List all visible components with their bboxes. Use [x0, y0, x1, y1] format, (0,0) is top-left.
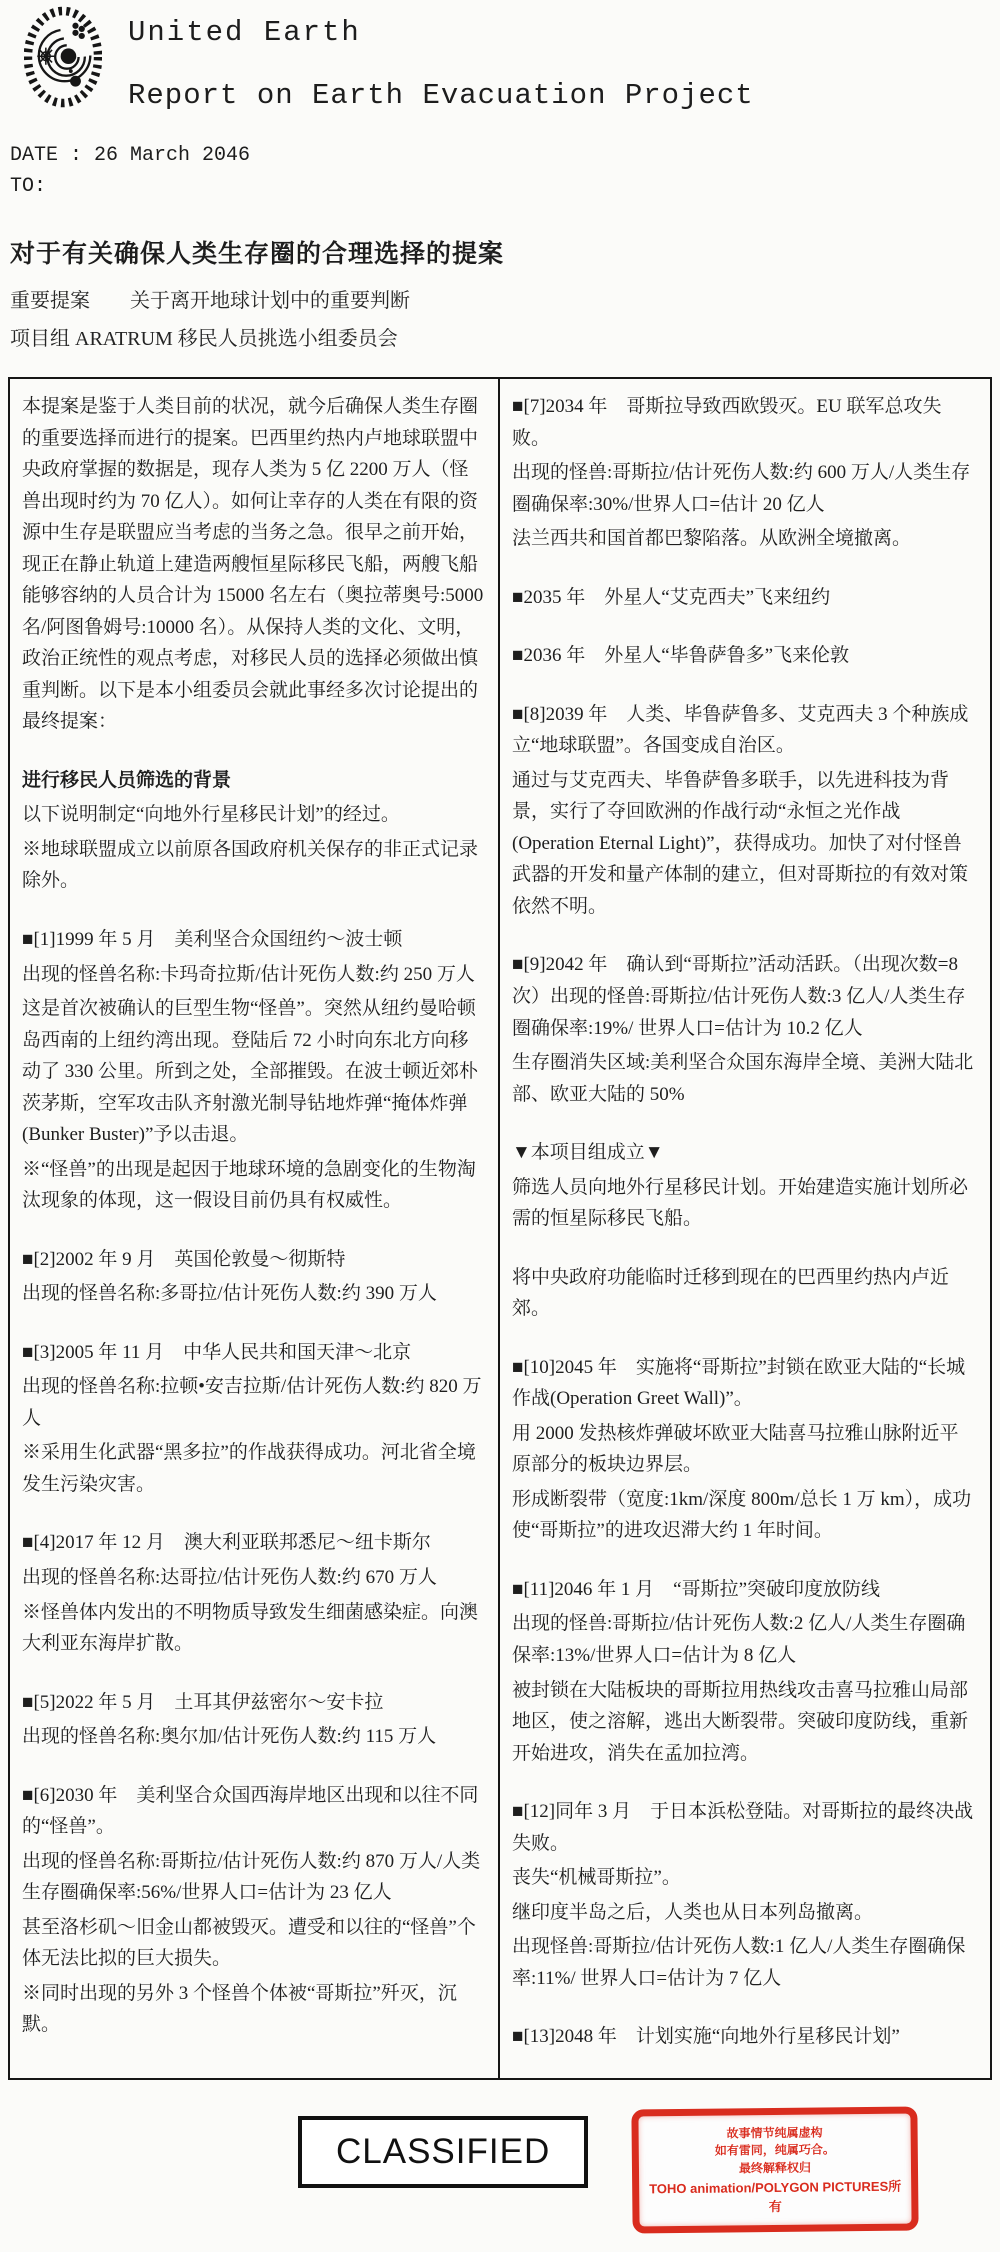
right-column-paragraph: ▼本项目组成立▼: [512, 1137, 977, 1169]
right-column-paragraph: 被封锁在大陆板块的哥斯拉用热线攻击喜马拉雅山局部地区，使之溶解，逃出大断裂带。突…: [512, 1675, 977, 1770]
left-column-paragraph: ※“怪兽”的出现是起因于地球环境的急剧变化的生物淘汰现象的体现，这一假设目前仍具…: [22, 1154, 485, 1217]
left-column-paragraph: ※怪兽体内发出的不明物质导致发生细菌感染症。向澳大利亚东海岸扩散。: [22, 1597, 485, 1660]
right-column-paragraph: ■[9]2042 年 确认到“哥斯拉”活动活跃。（出现次数=8 次）出现的怪兽:…: [512, 949, 977, 1044]
left-column-paragraph: ■[3]2005 年 11 月 中华人民共和国天津～北京: [22, 1337, 485, 1369]
left-column-paragraph: 出现的怪兽名称:拉顿•安吉拉斯/估计死伤人数:约 820 万人: [22, 1371, 485, 1434]
left-column-paragraph: 出现的怪兽名称:卡玛奇拉斯/估计死伤人数:约 250 万人: [22, 959, 485, 991]
right-column-paragraph: 出现的怪兽:哥斯拉/估计死伤人数:2 亿人/人类生存圈确保率:13%/世界人口=…: [512, 1608, 977, 1671]
meta-block: DATE : 26 March 2046 TO:: [0, 144, 1000, 198]
right-column-paragraph: 生存圈消失区域:美利坚合众国东海岸全境、美洲大陆北部、欧亚大陆的 50%: [512, 1047, 977, 1110]
header-text: United Earth Report on Earth Evacuation …: [128, 6, 754, 112]
proposal-subtitle: 重要提案 关于离开地球计划中的重要判断: [10, 284, 1000, 313]
to-line: TO:: [10, 175, 1000, 198]
right-column-paragraph: 出现怪兽:哥斯拉/估计死伤人数:1 亿人/人类生存圈确保率:11%/ 世界人口=…: [512, 1931, 977, 1994]
right-column-paragraph: ■2035 年 外星人“艾克西夫”飞来纽约: [512, 582, 977, 614]
left-column-paragraph: ※同时出现的另外 3 个怪兽个体被“哥斯拉”歼灭，沉默。: [22, 1978, 485, 2041]
right-column-paragraph: 继印度半岛之后，人类也从日本列岛撤离。: [512, 1897, 977, 1929]
stamp-line: 最终解释权归: [645, 2158, 905, 2178]
stamp-line: TOHO animation/POLYGON PICTURES所有: [645, 2178, 905, 2218]
right-column-paragraph: ■2036 年 外星人“毕鲁萨鲁多”飞来伦敦: [512, 640, 977, 672]
left-column-paragraph: 出现的怪兽名称:达哥拉/估计死伤人数:约 670 万人: [22, 1562, 485, 1594]
right-column-paragraph: 丧失“机械哥斯拉”。: [512, 1862, 977, 1894]
proposal-title: 对于有关确保人类生存圈的合理选择的提案: [10, 234, 1000, 270]
right-column-paragraph: 形成断裂带（宽度:1km/深度 800m/总长 1 万 km），成功使“哥斯拉”…: [512, 1484, 977, 1547]
report-header: United Earth Report on Earth Evacuation …: [0, 0, 1000, 112]
right-column-paragraph: ■[8]2039 年 人类、毕鲁萨鲁多、艾克西夫 3 个种族成立“地球联盟”。各…: [512, 699, 977, 762]
right-column-paragraph: 出现的怪兽:哥斯拉/估计死伤人数:约 600 万人/人类生存圈确保率:30%/世…: [512, 457, 977, 520]
report-page: United Earth Report on Earth Evacuation …: [0, 0, 1000, 2252]
left-column-paragraph: ■[2]2002 年 9 月 英国伦敦曼～彻斯特: [22, 1244, 485, 1276]
left-column-paragraph: ■[5]2022 年 5 月 土耳其伊兹密尔～安卡拉: [22, 1687, 485, 1719]
right-column-paragraph: ■[7]2034 年 哥斯拉导致西欧毁灭。EU 联军总攻失败。: [512, 391, 977, 454]
document-body-table: 本提案是鉴于人类目前的状况，就今后确保人类生存圈的重要选择而进行的提案。巴西里约…: [8, 377, 992, 2080]
report-title: Report on Earth Evacuation Project: [128, 79, 754, 112]
left-column-paragraph: 本提案是鉴于人类目前的状况，就今后确保人类生存圈的重要选择而进行的提案。巴西里约…: [22, 391, 485, 738]
left-column-paragraph: 这是首次被确认的巨型生物“怪兽”。突然从纽约曼哈顿岛西南的上纽约湾出现。登陆后 …: [22, 993, 485, 1151]
proposal-heading: 对于有关确保人类生存圈的合理选择的提案 重要提案 关于离开地球计划中的重要判断 …: [0, 234, 1000, 351]
classified-stamp: CLASSIFIED: [298, 2116, 588, 2188]
right-column-paragraph: 筛选人员向地外行星移民计划。开始建造实施计划所必需的恒星际移民飞船。: [512, 1172, 977, 1235]
right-column-paragraph: ■[12]同年 3 月 于日本浜松登陆。对哥斯拉的最终决战失败。: [512, 1796, 977, 1859]
united-earth-emblem-icon: [24, 6, 102, 108]
left-column-paragraph: 甚至洛杉矶～旧金山都被毁灭。遭受和以往的“怪兽”个体无法比拟的巨大损失。: [22, 1912, 485, 1975]
right-column-paragraph: 用 2000 发热核炸弹破坏欧亚大陆喜马拉雅山脉附近平原部分的板块边界层。: [512, 1418, 977, 1481]
left-column-paragraph: ※地球联盟成立以前原各国政府机关保存的非正式记录除外。: [22, 834, 485, 897]
left-column-paragraph: 进行移民人员筛选的背景: [22, 765, 485, 797]
toho-disclaimer-stamp: 故事情节纯属虚构如有雷同，纯属巧合。最终解释权归TOHO animation/P…: [631, 2106, 918, 2233]
org-name: United Earth: [128, 16, 754, 49]
right-column-paragraph: ■[11]2046 年 1 月 “哥斯拉”突破印度放防线: [512, 1574, 977, 1606]
left-column-paragraph: 出现的怪兽名称:奥尔加/估计死伤人数:约 115 万人: [22, 1721, 485, 1753]
left-column-paragraph: ■[1]1999 年 5 月 美利坚合众国纽约～波士顿: [22, 924, 485, 956]
left-column-paragraph: ■[4]2017 年 12 月 澳大利亚联邦悉尼～纽卡斯尔: [22, 1527, 485, 1559]
left-column: 本提案是鉴于人类目前的状况，就今后确保人类生存圈的重要选择而进行的提案。巴西里约…: [10, 379, 500, 2078]
date-line: DATE : 26 March 2046: [10, 144, 1000, 167]
right-column-paragraph: 通过与艾克西夫、毕鲁萨鲁多联手，以先进科技为背景，实行了夺回欧洲的作战行动“永恒…: [512, 765, 977, 923]
left-column-paragraph: 以下说明制定“向地外行星移民计划”的经过。: [22, 799, 485, 831]
right-column-paragraph: 法兰西共和国首都巴黎陷落。从欧洲全境撤离。: [512, 523, 977, 555]
left-column-paragraph: 出现的怪兽名称:多哥拉/估计死伤人数:约 390 万人: [22, 1278, 485, 1310]
right-column: ■[7]2034 年 哥斯拉导致西欧毁灭。EU 联军总攻失败。出现的怪兽:哥斯拉…: [500, 379, 990, 2078]
proposal-committee: 项目组 ARATRUM 移民人员挑选小组委员会: [10, 322, 1000, 351]
left-column-paragraph: 出现的怪兽名称:哥斯拉/估计死伤人数:约 870 万人/人类生存圈确保率:56%…: [22, 1846, 485, 1909]
left-column-paragraph: ※采用生化武器“黑多拉”的作战获得成功。河北省全境发生污染灾害。: [22, 1437, 485, 1500]
footer: CLASSIFIED 故事情节纯属虚构如有雷同，纯属巧合。最终解释权归TOHO …: [0, 2106, 1000, 2224]
right-column-paragraph: 将中央政府功能临时迁移到现在的巴西里约热内卢近郊。: [512, 1262, 977, 1325]
right-column-paragraph: ■[13]2048 年 计划实施“向地外行星移民计划”: [512, 2021, 977, 2053]
left-column-paragraph: ■[6]2030 年 美利坚合众国西海岸地区出现和以往不同的“怪兽”。: [22, 1780, 485, 1843]
right-column-paragraph: ■[10]2045 年 实施将“哥斯拉”封锁在欧亚大陆的“长城作战(Operat…: [512, 1352, 977, 1415]
